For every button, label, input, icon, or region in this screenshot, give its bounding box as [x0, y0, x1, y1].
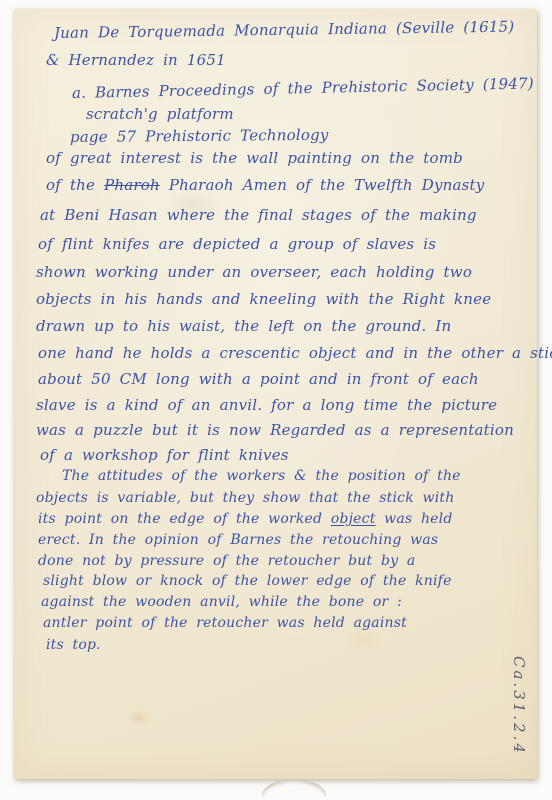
handwriting-line: its top. — [46, 637, 101, 654]
handwriting-line: drawn up to his waist, the left on the g… — [36, 317, 451, 335]
handwriting-line: antler point of the retoucher was held a… — [43, 615, 407, 632]
paper-sheet: Juan De Torquemada Monarquia Indiana (Se… — [14, 9, 537, 779]
underlined-word: object — [331, 511, 376, 527]
handwriting-line: one hand he holds a crescentic object an… — [38, 344, 552, 362]
line-segment: of the — [46, 176, 104, 194]
handwriting-line: of a workshop for flint knives — [40, 446, 289, 464]
catalog-number: Ca.31.2.4 — [510, 656, 528, 756]
line-segment: was held — [376, 511, 453, 527]
handwriting-line: erect. In the opinion of Barnes the reto… — [38, 532, 438, 549]
handwriting-line: slave is a kind of an anvil. for a long … — [36, 396, 497, 414]
handwriting-line: The attitudes of the workers & the posit… — [62, 468, 461, 485]
handwriting-line: was a puzzle but it is now Regarded as a… — [36, 421, 514, 439]
handwriting-line: objects is variable, but they show that … — [36, 490, 454, 507]
handwriting-line: shown working under an overseer, each ho… — [36, 263, 472, 281]
scan-area: Juan De Torquemada Monarquia Indiana (Se… — [0, 0, 552, 800]
paper-chip — [262, 779, 326, 797]
line-segment: its point on the edge of the worked — [38, 511, 331, 527]
reference-line-2: & Hernandez in 1651 — [46, 51, 226, 69]
handwriting-line: of great interest is the wall painting o… — [46, 149, 463, 167]
reference-line-1: Juan De Torquemada Monarquia Indiana (Se… — [54, 18, 515, 42]
section-heading: page 57 Prehistoric Technology — [70, 126, 329, 146]
citation-line-2: scratch'g platform — [86, 105, 234, 123]
handwriting-line: against the wooden anvil, while the bone… — [41, 594, 402, 611]
citation-line-1: a. Barnes Proceedings of the Prehistoric… — [72, 74, 534, 102]
handwriting-line: slight blow or knock of the lower edge o… — [43, 573, 452, 590]
handwriting-line: objects in his hands and kneeling with t… — [36, 290, 491, 308]
line-segment: Pharaoh Amen of the Twelfth Dynasty — [160, 176, 485, 194]
handwriting-line: done not by pressure of the retoucher bu… — [38, 553, 415, 570]
handwriting-line-pharaoh: of the Pharoh Pharaoh Amen of the Twelft… — [46, 176, 484, 194]
paper-stain — [126, 709, 152, 727]
handwriting-line: about 50 CM long with a point and in fro… — [38, 370, 479, 388]
paper-stain — [344, 629, 384, 651]
handwriting-line-object: its point on the edge of the worked obje… — [38, 511, 453, 528]
handwriting-line: at Beni Hasan where the final stages of … — [40, 206, 477, 224]
struck-word: Pharoh — [104, 176, 160, 194]
handwriting-line: of flint knifes are depicted a group of … — [38, 235, 436, 253]
